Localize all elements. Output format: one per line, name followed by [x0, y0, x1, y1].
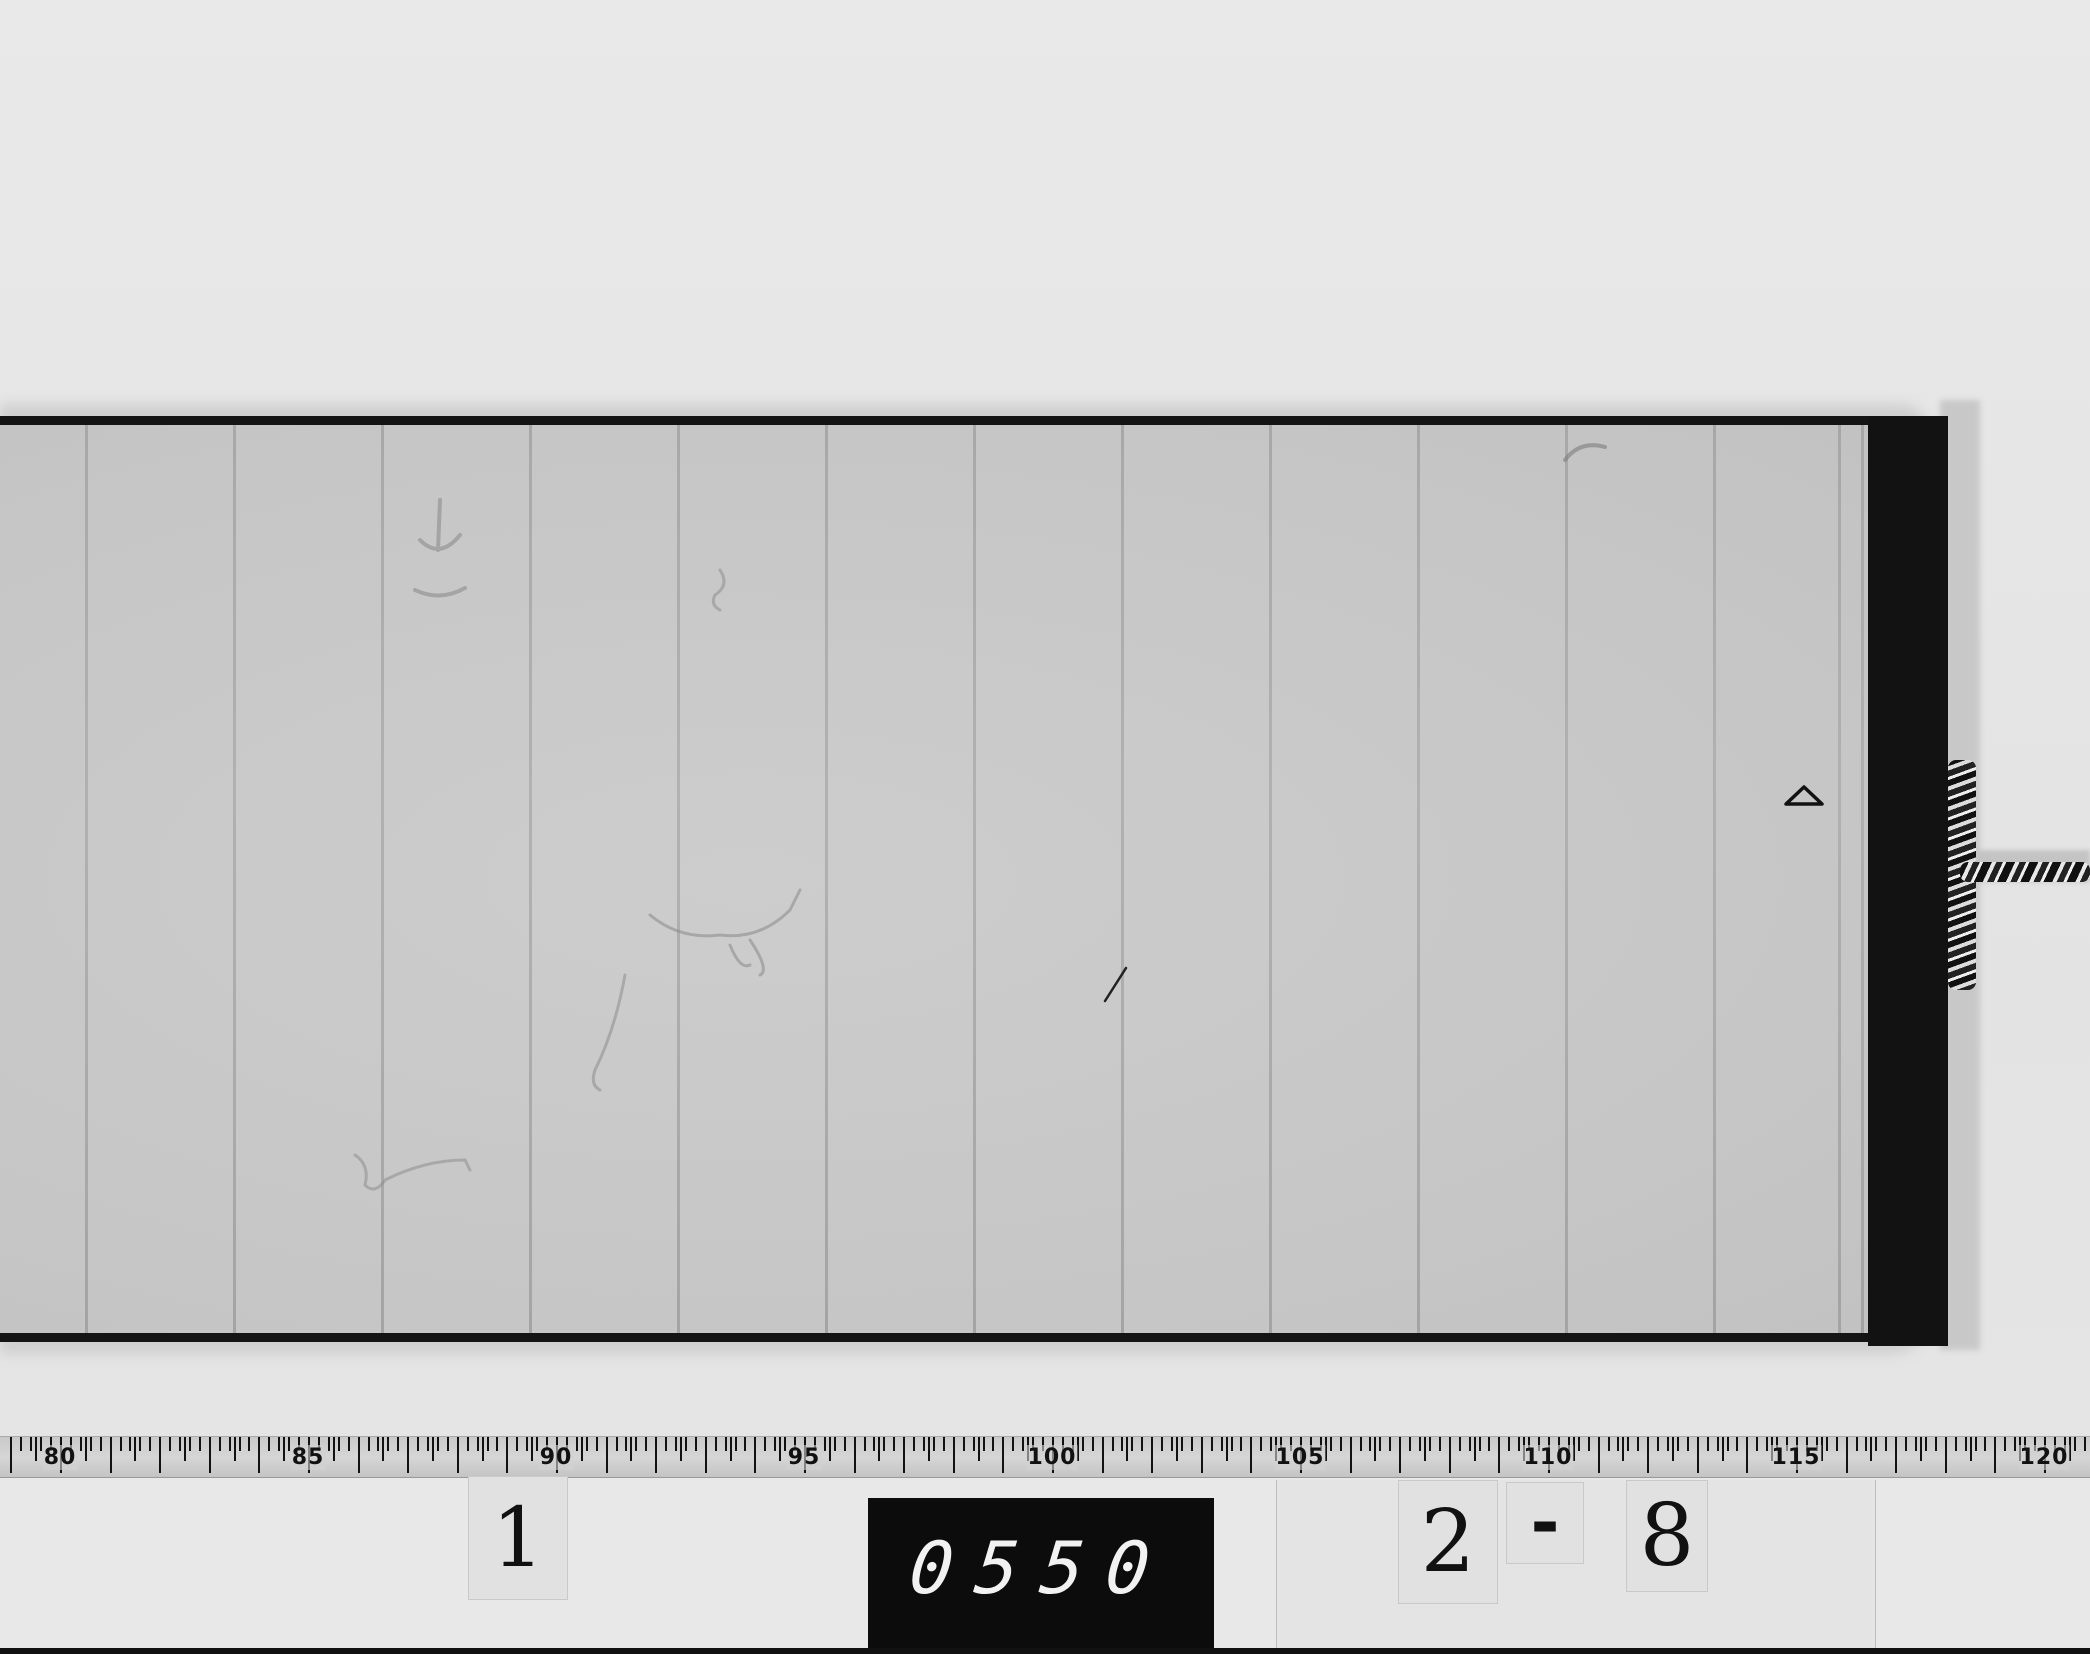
ruler-tick	[1469, 1437, 1471, 1451]
ruler-tick	[179, 1437, 181, 1451]
ruler-tick	[437, 1437, 439, 1451]
ruler-tick	[159, 1437, 161, 1473]
ruled-column-line	[677, 425, 680, 1333]
ruler-tick	[2014, 1437, 2016, 1451]
frame-counter-display: 0550	[868, 1498, 1214, 1654]
ruler-tick	[1970, 1437, 1972, 1461]
ruler-label: 110	[1523, 1445, 1574, 1470]
ruler-tick	[1211, 1437, 1213, 1451]
ruler-tick	[963, 1437, 965, 1451]
ruler-tick	[129, 1437, 131, 1451]
ruler-tick	[878, 1437, 880, 1461]
ruler-tick	[928, 1437, 930, 1461]
ruler-tick	[1419, 1437, 1421, 1451]
frame-number: 0550	[906, 1526, 1176, 1610]
ruler-tick	[2074, 1437, 2076, 1451]
ruler-tick	[973, 1437, 975, 1451]
ruler-tick	[764, 1437, 766, 1451]
ruler-tick	[268, 1437, 270, 1451]
ruler-tick	[1360, 1437, 1362, 1451]
ruler-tick	[1920, 1437, 1922, 1461]
id-separator-card: -	[1506, 1482, 1584, 1564]
page-paper	[0, 425, 1875, 1333]
ruler-label: 100	[1027, 1445, 1078, 1470]
ruler-tick	[184, 1437, 186, 1461]
ruler-tick	[893, 1437, 895, 1451]
ruler-tick	[1965, 1437, 1967, 1451]
ruler-tick	[1151, 1437, 1153, 1473]
ruler-tick	[248, 1437, 250, 1451]
ruler-tick	[1479, 1437, 1481, 1451]
ruler-label: 90	[539, 1445, 574, 1470]
ruler-tick	[1935, 1437, 1937, 1451]
ruler-tick	[229, 1437, 231, 1451]
ruler-tick	[854, 1437, 856, 1473]
ruler-tick	[978, 1437, 980, 1461]
ruler-label: 105	[1275, 1445, 1326, 1470]
ruler-tick	[531, 1437, 533, 1461]
ruled-column-line	[381, 425, 384, 1333]
ruled-column-line	[233, 425, 236, 1333]
ruler-tick	[417, 1437, 419, 1451]
ruler-tick	[90, 1437, 92, 1451]
ruler-tick	[139, 1437, 141, 1451]
ruler-tick	[1002, 1437, 1004, 1473]
ruler-tick	[1250, 1437, 1252, 1473]
binding-cord	[1960, 862, 2090, 882]
ruler-tick	[219, 1437, 221, 1451]
ruler-tick	[358, 1437, 360, 1473]
ruler-tick	[1722, 1437, 1724, 1461]
ruler-tick	[730, 1437, 732, 1461]
ruler-tick	[2084, 1437, 2086, 1451]
ruler-tick	[1439, 1437, 1441, 1451]
ruler-tick	[873, 1437, 875, 1451]
ruler-tick	[377, 1437, 379, 1451]
ruler-tick	[1112, 1437, 1114, 1451]
ruler-tick	[1836, 1437, 1838, 1451]
ruler-tick	[680, 1437, 682, 1461]
ruled-column-line	[825, 425, 828, 1333]
ruler-tick	[779, 1437, 781, 1461]
ruler-tick	[586, 1437, 588, 1451]
ruled-column-line	[1121, 425, 1124, 1333]
ruler-tick	[397, 1437, 399, 1451]
ruler-tick	[283, 1437, 285, 1461]
ruler-tick	[1488, 1437, 1490, 1451]
ruler-tick	[1330, 1437, 1332, 1451]
ruler-tick	[427, 1437, 429, 1451]
ruler-label: 120	[2019, 1445, 2070, 1470]
ruler-tick	[1622, 1437, 1624, 1461]
ruler-tick	[834, 1437, 836, 1451]
ruler-tick	[1826, 1437, 1828, 1451]
ruled-column-line	[1565, 425, 1568, 1333]
ruler-tick	[829, 1437, 831, 1461]
ruler-tick	[1598, 1437, 1600, 1473]
ruler-tick	[1578, 1437, 1580, 1451]
ruler-tick	[685, 1437, 687, 1451]
ruler-tick	[432, 1437, 434, 1461]
ruler-tick	[348, 1437, 350, 1451]
ruler-tick	[903, 1437, 905, 1473]
ruler-tick	[1875, 1437, 1877, 1451]
ruler-tick	[1171, 1437, 1173, 1451]
ruler-tick	[1012, 1437, 1014, 1451]
ruler-tick	[844, 1437, 846, 1451]
ruler-tick	[705, 1437, 707, 1473]
ruler-tick	[447, 1437, 449, 1451]
ruler-tick	[149, 1437, 151, 1451]
ruler-tick	[100, 1437, 102, 1451]
ruler-tick	[169, 1437, 171, 1451]
bottom-edge	[0, 1648, 2090, 1654]
ruler-tick	[1984, 1437, 1986, 1451]
ruler-tick	[1945, 1437, 1947, 1473]
ruler-tick	[581, 1437, 583, 1461]
ruler-tick	[1374, 1437, 1376, 1461]
ruler-tick	[1231, 1437, 1233, 1451]
ruler-tick	[1181, 1437, 1183, 1451]
ruler-tick	[1885, 1437, 1887, 1451]
ruler-tick	[80, 1437, 82, 1451]
ruler-tick	[1350, 1437, 1352, 1473]
ruler-tick	[630, 1437, 632, 1461]
page-edge-line	[1838, 425, 1841, 1333]
ruled-column-line	[973, 425, 976, 1333]
ruler-label: 80	[43, 1445, 78, 1470]
ruler-tick	[1508, 1437, 1510, 1451]
ruler-tick	[1727, 1437, 1729, 1451]
ruler-tick	[992, 1437, 994, 1451]
ruler-tick	[1717, 1437, 1719, 1451]
ruler-tick	[1647, 1437, 1649, 1473]
ruler-tick	[387, 1437, 389, 1451]
ruler-tick	[1226, 1437, 1228, 1461]
ruler-tick	[1736, 1437, 1738, 1451]
ruler-tick	[120, 1437, 122, 1451]
ruler-tick	[1925, 1437, 1927, 1451]
ruler-tick	[1022, 1437, 1024, 1451]
ruler-tick	[606, 1437, 608, 1473]
ruler-tick	[1121, 1437, 1123, 1451]
ruler-tick	[20, 1437, 22, 1451]
ruler-tick	[1449, 1437, 1451, 1473]
ruler-tick	[1176, 1437, 1178, 1461]
ruler-tick	[482, 1437, 484, 1461]
ruler-tick	[516, 1437, 518, 1451]
ruler-tick	[715, 1437, 717, 1451]
ruler-tick	[110, 1437, 112, 1473]
ruler-tick	[234, 1437, 236, 1461]
ruler-tick	[596, 1437, 598, 1451]
ruled-column-line	[1269, 425, 1272, 1333]
id-part-a-card: 2	[1398, 1480, 1498, 1604]
id-part-b-card: 8	[1626, 1480, 1708, 1592]
ruler-tick	[675, 1437, 677, 1451]
ruler-tick	[189, 1437, 191, 1451]
ruler-tick	[1895, 1437, 1897, 1473]
ruler-tick	[85, 1437, 87, 1461]
ruler-tick	[1270, 1437, 1272, 1451]
ruler-tick	[1092, 1437, 1094, 1451]
ruler-tick	[1424, 1437, 1426, 1461]
ruler-tick	[1240, 1437, 1242, 1451]
ruler-tick	[1474, 1437, 1476, 1461]
ruler-tick	[774, 1437, 776, 1451]
ruler-tick	[134, 1437, 136, 1461]
ruler-tick	[1687, 1437, 1689, 1451]
ruler-tick	[1617, 1437, 1619, 1451]
ruler-tick	[943, 1437, 945, 1451]
ruler-tick	[1201, 1437, 1203, 1473]
ruled-column-line	[85, 425, 88, 1333]
ruler-tick	[1608, 1437, 1610, 1451]
ruler-tick	[1994, 1437, 1996, 1473]
ruler-tick	[338, 1437, 340, 1451]
ruler-tick	[725, 1437, 727, 1451]
ruler-tick	[368, 1437, 370, 1451]
ruler-tick	[1870, 1437, 1872, 1461]
ruler-label: 115	[1771, 1445, 1822, 1470]
ruler-tick	[1588, 1437, 1590, 1451]
ruler-tick	[1409, 1437, 1411, 1451]
ruler-tick	[1766, 1437, 1768, 1451]
ruler-tick	[1846, 1437, 1848, 1473]
ruler-tick	[1379, 1437, 1381, 1451]
ruler-tick	[735, 1437, 737, 1451]
ruler-tick	[1677, 1437, 1679, 1451]
ruler-label: 95	[787, 1445, 822, 1470]
ruler-tick	[526, 1437, 528, 1451]
ruler-tick	[1672, 1437, 1674, 1461]
ruler-tick	[1955, 1437, 1957, 1451]
ruler-tick	[616, 1437, 618, 1451]
ruler-tick	[1131, 1437, 1133, 1451]
ruler-tick	[953, 1437, 955, 1473]
ruler-tick	[477, 1437, 479, 1451]
ruler-tick	[1389, 1437, 1391, 1451]
ruler-tick	[1627, 1437, 1629, 1451]
ruled-column-line	[1417, 425, 1420, 1333]
ruler-tick	[1518, 1437, 1520, 1451]
ruler-tick	[1657, 1437, 1659, 1451]
ruler-tick	[1102, 1437, 1104, 1473]
ruler-tick	[923, 1437, 925, 1451]
ruler-tick	[239, 1437, 241, 1451]
ruler-tick	[1340, 1437, 1342, 1451]
ruler-tick	[1697, 1437, 1699, 1473]
ruler-tick	[1399, 1437, 1401, 1473]
ruler-tick	[407, 1437, 409, 1473]
ruler-tick	[30, 1437, 32, 1451]
ruler-tick	[199, 1437, 201, 1451]
ruler-tick	[1975, 1437, 1977, 1451]
book-spine-cover	[1868, 416, 1948, 1346]
ruler-tick	[1637, 1437, 1639, 1451]
ruler-tick	[1221, 1437, 1223, 1451]
ruler-tick	[487, 1437, 489, 1451]
ruler-tick	[824, 1437, 826, 1451]
ruler-tick	[1141, 1437, 1143, 1451]
ruler-tick	[1161, 1437, 1163, 1451]
measurement-ruler: 80859095100105110115120	[0, 1436, 2090, 1478]
ruler-tick	[695, 1437, 697, 1451]
ruler-tick	[983, 1437, 985, 1451]
ruler-tick	[655, 1437, 657, 1473]
ruler-tick	[506, 1437, 508, 1473]
ledger-page	[0, 416, 1875, 1342]
ruler-tick	[625, 1437, 627, 1451]
ruler-tick	[209, 1437, 211, 1473]
ruler-tick	[382, 1437, 384, 1461]
ruler-tick	[1905, 1437, 1907, 1451]
ruler-tick	[1459, 1437, 1461, 1451]
ruler-label: 85	[291, 1445, 326, 1470]
ruler-tick	[913, 1437, 915, 1451]
ruler-tick	[278, 1437, 280, 1451]
ruled-column-line	[529, 425, 532, 1333]
ruled-column-line	[1713, 425, 1716, 1333]
ruler-tick	[10, 1437, 12, 1473]
ruler-tick	[1260, 1437, 1262, 1451]
ruler-tick	[645, 1437, 647, 1451]
ruler-tick	[1082, 1437, 1084, 1451]
ruler-tick	[467, 1437, 469, 1451]
ruler-tick	[1865, 1437, 1867, 1451]
ruler-tick	[457, 1437, 459, 1473]
ruler-tick	[933, 1437, 935, 1451]
ruler-tick	[635, 1437, 637, 1451]
ruler-tick	[1191, 1437, 1193, 1451]
ruler-tick	[2004, 1437, 2006, 1451]
ruler-tick	[333, 1437, 335, 1461]
ruler-tick	[35, 1437, 37, 1461]
ruler-tick	[576, 1437, 578, 1451]
ruler-tick	[744, 1437, 746, 1451]
ruler-tick	[883, 1437, 885, 1451]
volume-number-card: 1	[468, 1476, 568, 1600]
ruler-tick	[1369, 1437, 1371, 1451]
ruler-tick	[1667, 1437, 1669, 1451]
ruler-tick	[328, 1437, 330, 1451]
ruled-column-line	[1861, 425, 1864, 1333]
ruler-tick	[1746, 1437, 1748, 1473]
ruler-tick	[754, 1437, 756, 1473]
ruler-tick	[1856, 1437, 1858, 1451]
ruler-tick	[864, 1437, 866, 1451]
ruler-tick	[1126, 1437, 1128, 1461]
ruler-tick	[258, 1437, 260, 1473]
ruler-tick	[1756, 1437, 1758, 1451]
ruler-tick	[665, 1437, 667, 1451]
ruler-tick	[1498, 1437, 1500, 1473]
ruler-tick	[1429, 1437, 1431, 1451]
ruler-tick	[496, 1437, 498, 1451]
ruler-tick	[1915, 1437, 1917, 1451]
ruler-tick	[1707, 1437, 1709, 1451]
